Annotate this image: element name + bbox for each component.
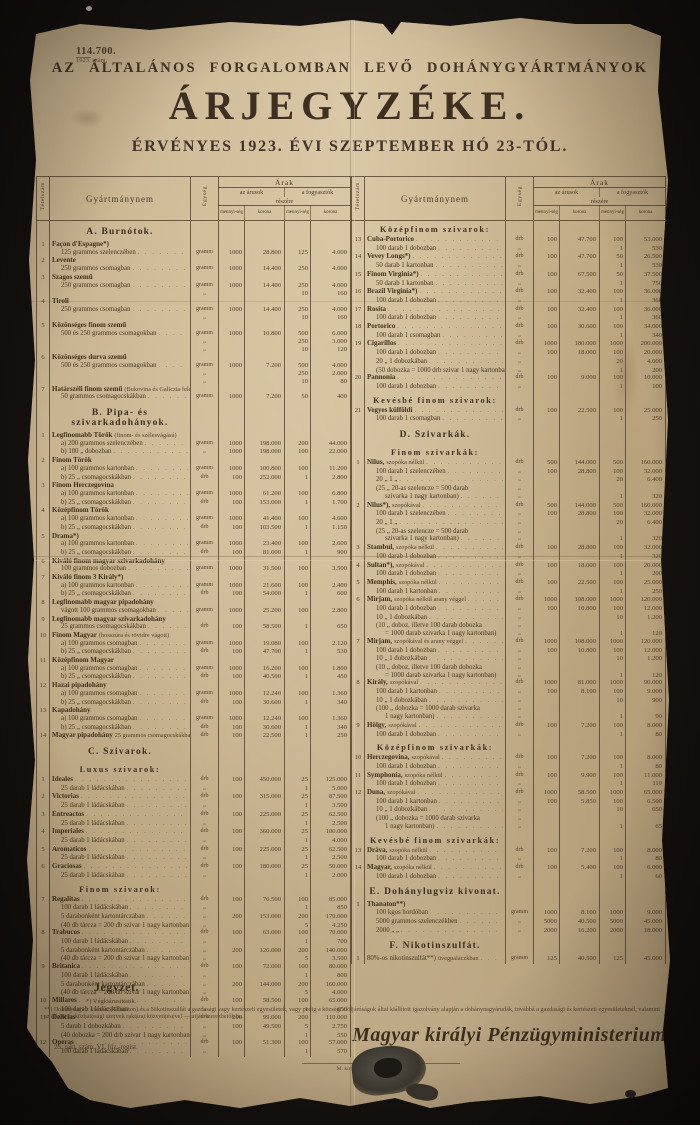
seller-price-cell [245, 378, 285, 386]
item-label: szivarka 1 nagy kartonban) [385, 535, 459, 543]
consumer-price-cell: 80 [626, 731, 666, 740]
consumer-qty-cell: 1000 [600, 909, 626, 918]
seller-price-cell: 198.000 [245, 448, 285, 457]
subsection-heading: Luxus szivarok: [50, 761, 190, 776]
dot-leader [75, 777, 188, 785]
item-label: Millares [52, 997, 77, 1005]
photo-backdrop: 114.700. 1923. szám. AZ ÁLTALÁNOS FORGAL… [0, 0, 700, 1125]
item-label: 25 darab 1 ládácskában [61, 854, 125, 862]
stamp-number: 114.700. [76, 46, 116, 57]
seller-price-cell: 18.000 [560, 562, 600, 571]
seller-qty-cell: 1000 [534, 638, 560, 647]
item-label: Cuba-Portorico [367, 236, 414, 244]
table-row: „1080 [37, 378, 351, 386]
seller-qty-cell: 100 [219, 828, 245, 837]
unit-cell: „ [506, 358, 534, 367]
item-name-cell: 20 „ 1 dobozkában [365, 358, 506, 367]
table-row: 100 kgos hordóbangramm10008.10010009.000 [352, 909, 666, 918]
consumer-qty-cell: 20 [600, 476, 626, 485]
unit-cell: drb [191, 811, 219, 820]
table-row: 9Britanicadrb10072.00010080.000 [37, 963, 351, 972]
item-label: 10 „ 1 dobozkában [376, 655, 427, 663]
item-number [37, 690, 50, 699]
dot-leader [133, 500, 188, 508]
seller-qty-cell [219, 290, 245, 298]
unit-cell: gramm [191, 249, 219, 258]
seller-qty-cell: 5000 [534, 918, 560, 927]
item-note: szopóka nélkül [386, 459, 424, 467]
table-row: 50 darab 1 kartonban„1530 [352, 262, 666, 271]
horizontal-fold-crease [30, 556, 666, 561]
seller-price-cell [560, 444, 600, 459]
item-name-cell: a) 100 grammos kartonban [50, 582, 191, 591]
consumer-price-cell: 8.000 [626, 722, 666, 731]
dot-leader [158, 608, 188, 616]
table-row: 100 darab 1 dobozban„1200 [352, 570, 666, 579]
item-label: szivarka 1 nagy kartonban) [385, 493, 459, 501]
subheading-row: Finom szivarkák: [352, 444, 666, 459]
item-number: 3 [37, 274, 50, 282]
dot-leader [139, 716, 188, 724]
item-label: b) 25 „ csomagocskákban [61, 499, 131, 507]
item-number [37, 590, 50, 599]
dot-leader [438, 246, 503, 254]
unit-cell [191, 741, 219, 761]
unit-cell: „ [191, 972, 219, 981]
table-row: 7Regalitasdrb10076.50010085.000 [37, 896, 351, 905]
dot-leader [130, 1049, 188, 1057]
item-name-cell: b) 25 „ csomagocskákban [50, 499, 191, 508]
seller-qty-cell [534, 697, 560, 706]
consumer-qty-cell [285, 741, 311, 761]
seller-price-cell: 58.500 [245, 997, 285, 1006]
dot-leader [413, 254, 504, 262]
consumer-qty-cell [285, 761, 311, 776]
document-paper: 114.700. 1923. szám. AZ ÁLTALÁNOS FORGAL… [0, 0, 700, 1125]
item-label: a) 200 grammos szelenczében [61, 440, 143, 448]
item-number [37, 290, 50, 298]
item-name-cell: 100 darab 1 ládácskában [50, 904, 191, 913]
consumer-qty-cell [285, 274, 311, 282]
item-name-cell: Legfinomabb magyar szivarkadohány [50, 616, 191, 624]
seller-qty-cell: 100 [534, 864, 560, 873]
seller-qty-cell [219, 707, 245, 715]
paper-stain [612, 330, 638, 420]
seller-price-cell: 22.500 [245, 732, 285, 741]
consumer-price-cell: 200 [626, 570, 666, 579]
seller-qty-cell: 100 [534, 468, 560, 477]
dot-leader [123, 1024, 188, 1032]
item-label: Drama*) [52, 533, 79, 541]
seller-price-cell [245, 599, 285, 607]
item-name-cell: C. Szivarok. [50, 741, 191, 761]
item-number: 7 [37, 574, 50, 582]
seller-qty-cell [534, 614, 560, 623]
consumer-price-cell: 80.000 [311, 963, 351, 972]
seller-price-cell: 180.000 [560, 340, 600, 349]
table-row: „10160 [37, 314, 351, 322]
seller-price-cell [560, 245, 600, 254]
table-row: 100 darab 1 kartonban„1250 [352, 588, 666, 597]
seller-qty-cell [219, 989, 245, 997]
item-number: 10 [37, 997, 50, 1006]
seller-qty-cell: 1000 [534, 596, 560, 605]
item-number [37, 565, 50, 574]
consumer-qty-cell: 100 [285, 715, 311, 724]
item-name-cell: Közönséges durva szemű [50, 354, 191, 362]
seller-price-cell [245, 346, 285, 354]
consumer-qty-cell [600, 622, 626, 630]
table-row: a) 100 grammos kartonbangramm100061.2001… [37, 490, 351, 499]
table-row: 3Szagos szemű [37, 274, 351, 282]
seller-qty-cell: 500 [534, 502, 560, 511]
seller-price-cell: 7.200 [560, 847, 600, 856]
dot-leader [429, 656, 503, 664]
consumer-qty-cell: 1 [285, 938, 311, 947]
table-row: 4Imperialesdrb100360.00025100.000 [37, 828, 351, 837]
item-number: 1 [37, 432, 50, 440]
consumer-price-cell [311, 599, 351, 607]
table-row: 5 darabonként kartontárczában„200144.000… [37, 981, 351, 990]
consumer-qty-cell: 100 [600, 798, 626, 807]
seller-price-cell: 8.100 [560, 909, 600, 918]
unit-cell: drb [506, 236, 534, 245]
unit-cell [191, 881, 219, 896]
item-name-cell: 25 darab 1 ládácskában [50, 785, 191, 794]
col-product: Gyártmánynem [365, 177, 506, 221]
seller-qty-cell [534, 444, 560, 459]
seller-qty-cell [219, 1032, 245, 1040]
item-name-cell: (10 „ doboz, illetve 100 darab dobozka [365, 664, 506, 672]
item-name-cell: B. Pipa- és szivarkadohányok. [50, 402, 191, 432]
dot-leader [127, 786, 188, 794]
seller-price-cell [560, 383, 600, 392]
seller-price-cell [560, 655, 600, 664]
unit-cell: drb [506, 754, 534, 763]
subheading-row: Középfinom szivarok: [352, 221, 666, 237]
unit-cell [506, 935, 534, 955]
consumer-price-cell: 650 [626, 806, 666, 815]
item-number: 3 [37, 811, 50, 820]
item-name-cell: 250 grammos csomagban [50, 282, 191, 291]
table-row: 5Drama*) [37, 533, 351, 541]
item-number [37, 465, 50, 474]
seller-price-cell [245, 574, 285, 582]
consumer-price-cell [626, 622, 666, 630]
item-name-cell: E. Dohánylugviz kivonat. [365, 881, 506, 901]
dot-leader [468, 597, 503, 605]
print-reference: 25. rakt. szám. VI. füz.-regist. [54, 1043, 138, 1051]
table-row: a) 100 grammos kartonbangramm1000100.800… [37, 465, 351, 474]
section-heading-row: F. Nikotinszulfát. [352, 935, 666, 955]
section-heading: E. Dohánylugviz kivonat. [365, 881, 505, 901]
table-row: 5 darabonként kartontárczában„200153.000… [37, 913, 351, 922]
seller-price-cell: 8.100 [560, 688, 600, 697]
dot-leader [436, 281, 503, 289]
item-number [37, 393, 50, 402]
unit-cell: „ [506, 655, 534, 664]
consumer-price-cell [311, 257, 351, 265]
consumer-price-cell: 160 [311, 314, 351, 322]
seller-qty-cell: 1000 [219, 282, 245, 291]
consumer-qty-cell: 100 [600, 722, 626, 731]
item-name-cell: vágott 100 grammos csomagokban [50, 607, 191, 616]
seller-price-cell: 32.400 [560, 288, 600, 297]
consumer-qty-cell [285, 881, 311, 896]
ink-blot [405, 1081, 440, 1103]
consumer-qty-cell: 1 [285, 1048, 311, 1057]
item-label: Thanaton**) [367, 901, 406, 909]
unit-cell [191, 657, 219, 665]
item-label: 10 „ 1 dobozkában [376, 806, 427, 814]
item-number [37, 515, 50, 524]
consumer-qty-cell: 1 [600, 713, 626, 722]
item-label: 10 „ 1 dobozkában [376, 697, 427, 705]
section-heading: B. Pipa- és szivarkadohányok. [50, 402, 190, 432]
seller-price-cell: 16.200 [560, 927, 600, 936]
table-row: 10Millaresdrb10058.50010065.000 [37, 997, 351, 1006]
seller-price-cell: 40.500 [560, 918, 600, 927]
item-name-cell: 100 darab 1 kartonban [365, 688, 506, 697]
consumer-qty-cell: 1000 [600, 638, 626, 647]
item-label: Legfinomabb magyar pipadohány [52, 599, 154, 607]
seller-price-cell [245, 482, 285, 490]
seller-qty-cell [219, 432, 245, 440]
seller-qty-cell [534, 570, 560, 579]
consumer-qty-cell [600, 664, 626, 672]
consumer-qty-cell: 1 [600, 314, 626, 323]
item-name-cell: 100 darab 1 dobozban [365, 855, 506, 864]
unit-cell: „ [191, 904, 219, 913]
paper-stain [70, 108, 104, 128]
item-name-cell: Memphis,szopóka nélkül [365, 579, 506, 588]
seller-price-cell: 21.600 [245, 582, 285, 591]
seller-qty-cell [534, 280, 560, 289]
table-row: 25 darab 1 ládácskában„15.000 [37, 785, 351, 794]
dot-leader [127, 803, 188, 811]
table-row: 100 darab 1 kartonban„1008.1001009.000 [352, 688, 666, 697]
unit-cell: drb [506, 579, 534, 588]
consumer-price-cell: 120 [626, 630, 666, 638]
dot-leader [426, 460, 503, 468]
item-number [37, 673, 50, 682]
item-number: 1 [37, 241, 50, 249]
consumer-qty-cell: 5000 [600, 918, 626, 927]
seller-qty-cell [534, 493, 560, 502]
unit-cell: „ [191, 802, 219, 811]
dot-leader [133, 674, 188, 682]
consumer-price-cell: 80 [311, 378, 351, 386]
consumer-price-cell: 6.500 [626, 798, 666, 807]
consumer-price-cell: 65 [626, 823, 666, 832]
item-name-cell: 500 és 250 grammos csomagokban [50, 362, 191, 371]
consumer-qty-cell [285, 507, 311, 515]
table-row: 3Finom Herczegovina [37, 482, 351, 490]
item-label: Mirjam, [367, 638, 392, 646]
seller-qty-cell: 100 [534, 510, 560, 519]
item-name-cell: 50 darab 1 kartonban [365, 262, 506, 271]
consumer-qty-cell: 1000 [600, 596, 626, 605]
consumer-qty-cell [600, 528, 626, 536]
unit-cell [191, 457, 219, 465]
item-name-cell: 25 darab 1 ládácskában [50, 802, 191, 811]
seller-qty-cell [534, 881, 560, 901]
consumer-qty-cell: 1 [600, 570, 626, 579]
item-label: Symphonia, [367, 772, 403, 780]
consumer-qty-cell [285, 241, 311, 249]
seller-qty-cell: 100 [219, 623, 245, 632]
item-note: szopóka nélkül [394, 864, 432, 872]
consumer-price-cell: 4.600 [311, 515, 351, 524]
consumer-price-cell: 20.000 [626, 562, 666, 571]
table-row: 100 darab 1 dobozban„160 [352, 873, 666, 882]
seller-qty-cell [219, 820, 245, 829]
item-label: Duna, [367, 789, 385, 797]
consumer-price-cell: 530 [311, 648, 351, 657]
unit-cell [506, 739, 534, 754]
consumer-qty-cell: 10 [285, 290, 311, 298]
table-row: 500 és 250 grammos csomagokbangramm10007… [37, 362, 351, 371]
table-row: (40 db tárcza = 200 db szivar 1 nagy kar… [37, 955, 351, 963]
seller-price-cell [245, 370, 285, 378]
unit-cell: „ [191, 837, 219, 846]
seller-qty-cell: 100 [219, 648, 245, 657]
consumer-price-cell: 8.000 [626, 847, 666, 856]
consumer-qty-cell: 1 [600, 493, 626, 502]
unit-cell: drb [506, 271, 534, 280]
consumer-qty-cell: 1 [285, 732, 311, 741]
consumer-qty-cell: 100 [600, 306, 626, 315]
unit-cell [506, 221, 534, 237]
table-row: 1Legfinomabb Török(finom- és szélesvágás… [37, 432, 351, 440]
item-note: 25 grammos csomagocskákban [115, 732, 190, 740]
consumer-qty-cell: 25 [285, 793, 311, 802]
item-name-cell: a) 100 grammos csomagban [50, 715, 191, 724]
dot-leader [460, 919, 503, 927]
seller-qty-cell [219, 599, 245, 607]
item-label: b) 25 „ csomagocskákban [61, 524, 131, 532]
unit-cell: „ [191, 955, 219, 963]
unit-cell: „ [191, 872, 219, 881]
consumer-price-cell: 4.000 [311, 306, 351, 315]
unit-cell: gramm [191, 690, 219, 699]
unit-cell: drb [506, 847, 534, 856]
item-label: b) 25 „ csomagocskákban [61, 590, 131, 598]
consumer-price-cell: 570 [311, 1048, 351, 1057]
dot-leader [461, 536, 503, 544]
item-name-cell: Vegyes külföldi [365, 407, 506, 416]
seller-qty-cell [534, 705, 560, 713]
table-row: 17Rositadrb10032.40010036.000 [352, 306, 666, 315]
item-label: 100 darab 1 dobozban [376, 605, 436, 613]
col-qty: mennyi-ség [219, 206, 245, 221]
item-label: Nilus*), [367, 502, 390, 510]
consumer-price-cell: 160.000 [311, 981, 351, 990]
consumer-qty-cell: 100 [285, 540, 311, 549]
dot-leader [414, 408, 503, 416]
consumer-qty-cell [600, 424, 626, 444]
seller-price-cell [245, 274, 285, 282]
item-label: (100 „ dobozka = 1000 darab szivarka [376, 705, 480, 713]
footnote-1: *) Végkiárusíttatik. [86, 998, 136, 1005]
seller-price-cell: 58.500 [560, 789, 600, 798]
seller-price-cell: 9.900 [560, 772, 600, 781]
item-name-cell: Kevésbé finom szivarkák: [365, 832, 506, 847]
item-label: b) 25 „ csomagocskákban [61, 673, 131, 681]
table-row: vágott 100 grammos csomagokbangramm10002… [37, 607, 351, 616]
consumer-price-cell: 110 [626, 780, 666, 789]
item-number [37, 306, 50, 315]
consumer-price-cell: 80 [626, 855, 666, 864]
unit-cell: gramm [191, 306, 219, 315]
item-number: 6 [37, 863, 50, 872]
unit-cell: drb [506, 772, 534, 781]
consumer-qty-cell: 100 [600, 288, 626, 297]
item-name-cell: Brazil Virginia*) [365, 288, 506, 297]
dot-leader [429, 698, 503, 706]
item-number [37, 947, 50, 956]
unit-cell: „ [191, 820, 219, 829]
unit-cell [191, 432, 219, 440]
item-label: Magyar, [367, 864, 392, 872]
consumer-qty-cell: 1 [600, 630, 626, 638]
item-label: Magyar pipadohány [52, 732, 113, 740]
item-number: 2 [37, 793, 50, 802]
dot-leader [128, 566, 188, 574]
dot-leader [133, 700, 188, 708]
consumer-qty-cell: 100 [600, 236, 626, 245]
table-row: b) 25 „ csomagocskákbandrb10030.6001340 [37, 699, 351, 708]
table-row: 2Nilus*),szopókávaldrb500144.000500160.0… [352, 502, 666, 511]
seller-price-cell [560, 528, 600, 536]
item-number [37, 474, 50, 483]
seller-qty-cell [534, 630, 560, 638]
consumer-price-cell: 57.000 [311, 1039, 351, 1048]
item-label: Szagos szemű [52, 274, 93, 282]
consumer-qty-cell: 100 [600, 544, 626, 553]
table-row: 125 grammos szelenczébengramm100028.8001… [37, 249, 351, 258]
seller-qty-cell: 1000 [219, 249, 245, 258]
consumer-price-cell: 2.600 [311, 540, 351, 549]
unit-cell [191, 682, 219, 690]
consumer-price-cell: 62.500 [311, 811, 351, 820]
seller-qty-cell: 1000 [219, 640, 245, 649]
item-number: 10 [37, 632, 50, 640]
unit-cell [506, 444, 534, 459]
unit-cell: „ [506, 622, 534, 630]
seller-price-cell [560, 280, 600, 289]
table-row: 1 nagy kartonban)„165 [352, 823, 666, 832]
consumer-qty-cell: 100 [285, 896, 311, 905]
consumer-qty-cell: 500 [285, 362, 311, 371]
item-label: b) 100 „ dobozban [61, 448, 111, 456]
table-row: b) 25 „ csomagocskákbandrb10054.0001600 [37, 590, 351, 599]
table-row: (100 „ dobozka = 1000 darab szivarka„ [352, 815, 666, 823]
table-row: (25 „ 20-as szelencze = 500 darab„ [352, 528, 666, 536]
seller-qty-cell [219, 938, 245, 947]
seller-price-cell [560, 485, 600, 493]
seller-qty-cell [534, 763, 560, 772]
consumer-qty-cell [285, 482, 311, 490]
seller-price-cell: 40.500 [245, 673, 285, 682]
seller-qty-cell [219, 402, 245, 432]
seller-price-cell: 360.000 [245, 828, 285, 837]
dot-leader [81, 794, 188, 802]
item-name-cell: Mirjam,szopóka nélkül arany véggel [365, 596, 506, 605]
seller-qty-cell [219, 854, 245, 863]
table-row: b) 25 „ csomagocskákbandrb100103.50011.1… [37, 524, 351, 533]
section-heading: A. Burnótok. [50, 221, 190, 241]
